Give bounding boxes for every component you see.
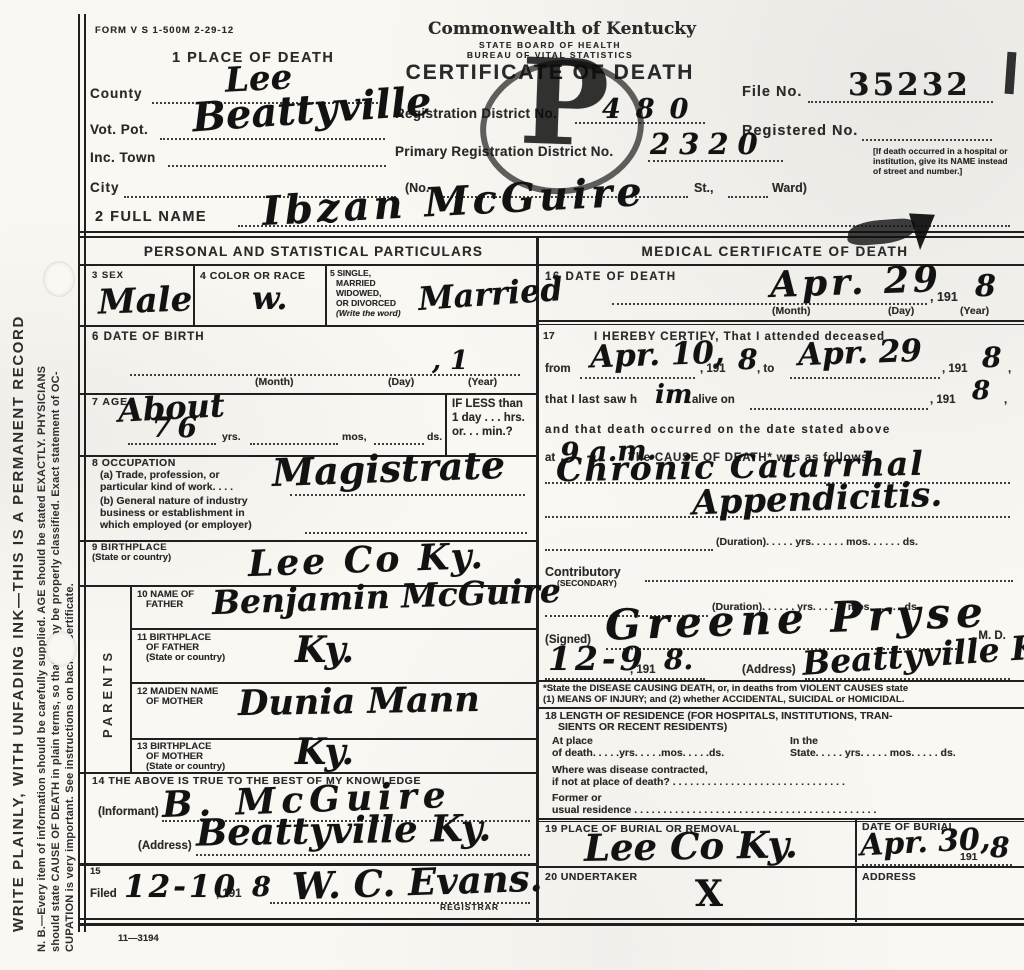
occupation-b-label: business or establishment in — [100, 508, 245, 520]
primary-registration-district-value: 2320 — [650, 130, 767, 159]
personal-particulars-title: PERSONAL AND STATISTICAL PARTICULARS — [90, 244, 537, 259]
mother-maiden-name-label: OF MOTHER — [146, 697, 203, 708]
signed-date-value: 12-9 — [548, 642, 647, 675]
left-border-outer — [78, 14, 80, 932]
color-or-race-value: w. — [252, 282, 287, 314]
plate-number: 11—3194 — [118, 934, 159, 945]
left-border-inner — [84, 14, 86, 932]
marital-value: Married — [417, 273, 564, 315]
signed-address-label: (Address) — [742, 664, 796, 677]
if-less-label: or. . . min.? — [452, 426, 513, 439]
registrar-signature: W. C. Evans. — [291, 860, 543, 906]
attended-from-line — [580, 375, 695, 379]
hole-punch — [44, 262, 74, 296]
county-label: County — [90, 86, 143, 101]
yrs-label: yrs. — [222, 432, 241, 444]
row-15-number: 15 — [90, 867, 101, 878]
informant-address-label: (Address) — [138, 840, 192, 853]
medical-certificate-title: MEDICAL CERTIFICATE OF DEATH — [545, 244, 1005, 259]
date-of-burial-year: 8 — [990, 834, 1009, 862]
in-state-line: State. . . . . yrs. . . . . mos. . . . .… — [790, 748, 956, 760]
row-rule — [537, 680, 1024, 682]
day-label: (Day) — [388, 377, 414, 389]
row-rule — [537, 818, 1024, 820]
if-less-label: 1 day . . . hrs. — [452, 412, 525, 425]
comma: , — [1008, 363, 1011, 376]
date-of-birth-label: 6 DATE OF BIRTH — [92, 331, 205, 344]
file-no-value: 35232 — [848, 68, 971, 103]
at-label: at — [545, 452, 555, 465]
city-label: City — [90, 180, 120, 195]
birthplace-sub-label: (State or country) — [92, 553, 171, 564]
signed-date-year: 8. — [664, 646, 693, 674]
cause-of-death-value-2: Appendicitis. — [691, 478, 942, 521]
cell-divider — [193, 266, 195, 325]
ink-stamp-smudge — [907, 213, 935, 250]
filed-year-value: 8 — [252, 874, 271, 901]
cause-footnote: (1) MEANS OF INJURY; and (2) whether ACC… — [543, 695, 904, 706]
duration-1-label: (Duration). . . . . yrs. . . . . . mos. … — [716, 537, 918, 549]
age-line — [250, 441, 338, 445]
form-number: FORM V S 1-500M 2-29-12 — [95, 26, 234, 37]
undertaker-value: X — [695, 876, 723, 912]
occupation-a-label: particular kind of work. . . . — [100, 482, 233, 494]
street-label: St., — [694, 181, 713, 195]
street-line — [728, 194, 768, 198]
length-of-residence-label: SIENTS OR RECENT RESIDENTS) — [558, 722, 727, 734]
year-label: (Year) — [468, 377, 497, 389]
occupation-b-line — [305, 530, 527, 534]
informant-label: (Informant) — [98, 806, 159, 819]
month-label: (Month) — [772, 306, 810, 318]
date-of-death-year-value: 8 — [975, 272, 996, 302]
month-label: (Month) — [255, 377, 293, 389]
certify-number: 17 — [543, 331, 555, 343]
ward-label: Ward) — [772, 181, 807, 195]
marital-label: (Write the word) — [336, 309, 401, 319]
death-certificate-scan: WRITE PLAINLY, WITH UNFADING INK—THIS IS… — [0, 0, 1024, 970]
ink-blot — [1005, 52, 1017, 95]
occupation-a-label: (a) Trade, profession, or — [100, 470, 220, 482]
attended-to-value: Apr. 29 — [797, 336, 922, 371]
former-residence-line: usual residence . . . . . . . . . . . . … — [552, 805, 876, 817]
mother-birthplace-label: (State or country) — [146, 762, 225, 773]
ds-label: ds. — [427, 432, 442, 444]
duration-line-1 — [545, 547, 713, 551]
occupation-b-label: which employed (or employer) — [100, 520, 252, 532]
registered-no-line — [862, 137, 992, 141]
place-of-burial-value: Lee Co Ky. — [584, 826, 798, 867]
mos-label: mos, — [342, 432, 367, 444]
alive-printed-191: , 191 — [930, 394, 956, 407]
margin-write-plainly-text: WRITE PLAINLY, WITH UNFADING INK—THIS IS… — [10, 315, 27, 932]
occupation-label: 8 OCCUPATION — [92, 458, 176, 470]
inc-town-label: Inc. Town — [90, 150, 156, 165]
margin-nb-line1: N. B.—Every item of information should b… — [36, 366, 48, 952]
at-place-label: At place — [552, 736, 593, 748]
attended-from-year: 8 — [738, 346, 757, 374]
mother-birthplace-value: Ky. — [295, 734, 354, 770]
bottom-border-inner — [78, 923, 1024, 926]
ink-stamp-smudge — [846, 218, 915, 247]
occupation-b-label: (b) General nature of industry — [100, 496, 248, 508]
father-birthplace-value: Ky. — [295, 632, 354, 668]
disease-contracted-label: Where was disease contracted, — [552, 765, 708, 777]
disease-contracted-line: if not at place of death? . . . . . . . … — [552, 777, 845, 789]
filed-label: Filed — [90, 888, 117, 901]
row-rule — [537, 324, 1024, 325]
date-of-death-value: Apr. 29 — [769, 261, 942, 303]
last-saw-label: that I last saw h — [545, 394, 637, 407]
attended-to-year: 8 — [982, 344, 1001, 372]
comma: , — [1004, 394, 1007, 407]
date-of-birth-value: , 1 — [432, 348, 468, 374]
date-of-death-label: 16 DATE OF DEATH — [545, 271, 677, 284]
in-state-label: In the — [790, 736, 818, 748]
if-less-label: IF LESS than — [452, 398, 523, 411]
at-place-line: of death. . . . .yrs. . . . .mos. . . . … — [552, 748, 724, 760]
parents-cell-divider — [130, 585, 132, 772]
stamp-letter-p: P — [518, 42, 611, 163]
attended-printed-191: , 191 — [942, 363, 968, 376]
year-label: (Year) — [960, 306, 989, 318]
father-name-value: Benjamin McGuire — [212, 574, 562, 619]
secondary-label: (SECONDARY) — [557, 579, 617, 589]
attended-from-value: Apr. 10, — [590, 338, 726, 374]
informant-address-value: Beattyville Ky. — [196, 809, 492, 851]
contributory-line — [645, 578, 1013, 582]
registrar-label: REGISTRAR — [440, 903, 499, 913]
cell-divider — [325, 266, 327, 325]
attended-from-label: from — [545, 363, 571, 376]
parents-label: PARENTS — [100, 649, 115, 738]
attended-to-label: , to — [757, 363, 774, 376]
date-of-burial-value: Apr. 30, — [859, 825, 991, 862]
alive-year: 8 — [972, 378, 990, 404]
alive-on-label: alive on — [692, 394, 735, 407]
file-no-label: File No. — [742, 84, 802, 100]
undertaker-address-label: ADDRESS — [862, 872, 916, 884]
sex-value: Male — [97, 282, 192, 319]
undertaker-label: 20 UNDERTAKER — [545, 872, 638, 884]
attended-to-line — [790, 375, 940, 379]
mother-maiden-name-value: Dunia Mann — [238, 682, 480, 721]
former-residence-label: Former or — [552, 793, 602, 805]
hospital-note: [If death occurred in a hospital or inst… — [873, 146, 1013, 177]
alive-on-line — [750, 406, 928, 410]
filed-date-value: 12-10 — [124, 872, 238, 903]
row-rule — [537, 320, 1024, 322]
bottom-border-outer — [78, 918, 1024, 920]
age-years-value: 76 — [152, 414, 203, 442]
full-name-label: 2 FULL NAME — [95, 209, 207, 225]
sex-label: 3 SEX — [92, 271, 124, 282]
father-birthplace-label: (State or country) — [146, 653, 225, 664]
row-rule — [537, 707, 1024, 709]
last-saw-hw: im — [655, 382, 692, 408]
precinct-label: Vot. Pot. — [90, 122, 148, 137]
father-name-label: FATHER — [146, 600, 183, 611]
hole-punch — [46, 632, 76, 666]
day-label: (Day) — [888, 306, 914, 318]
occupation-a-value: Magistrate — [271, 446, 505, 492]
row-rule — [78, 325, 537, 327]
burial-cell-divider — [855, 818, 857, 922]
inc-town-line — [168, 163, 386, 167]
